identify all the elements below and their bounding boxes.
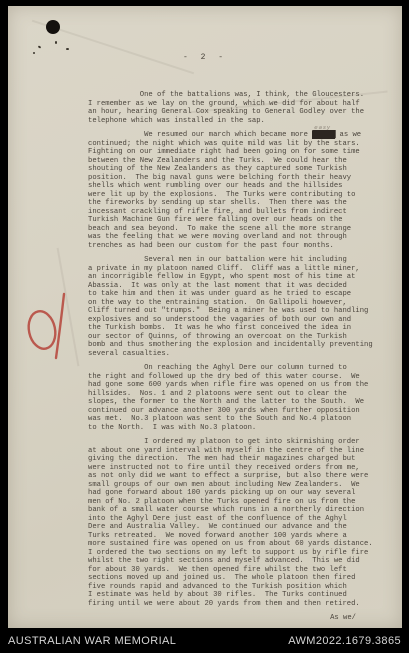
- typewritten-line: small groups of our own men about includ…: [88, 481, 390, 490]
- typewritten-line: explosives and so understood the vagarie…: [88, 316, 390, 325]
- typewritten-line: We resumed our march which became more e…: [88, 131, 390, 140]
- typewritten-line: Abassia. It was only at the last moment …: [88, 282, 390, 291]
- typewritten-line: position. The big naval guns were belchi…: [88, 174, 390, 183]
- typewritten-line: had gone forward about 100 yards picking…: [88, 489, 390, 498]
- typewritten-line: firing until we were about 20 yards from…: [88, 600, 390, 609]
- typewritten-line: between the New Zealanders and the Turks…: [88, 157, 390, 166]
- typewritten-line: continued our advance another 300 yards …: [88, 407, 390, 416]
- typewritten-line: sections moved up and joined us. The who…: [88, 574, 390, 583]
- page-number: - 2 -: [8, 53, 402, 62]
- typewritten-line: bank of a small water course which runs …: [88, 506, 390, 515]
- ink-speck: [66, 48, 69, 50]
- typewritten-line: continued; the night which was quite mil…: [88, 140, 390, 149]
- typewritten-line: Fighting on our immediate right had been…: [88, 148, 390, 157]
- typewritten-line: our sector of Quinns, of throwing an ove…: [88, 333, 390, 342]
- ink-speck: [38, 45, 42, 48]
- typewritten-line: five rounds rapid and advanced to the Tu…: [88, 583, 390, 592]
- typewritten-line: an hour, hearing General Cox speaking to…: [88, 108, 390, 117]
- typewritten-line: more sustained fire was opened on us fro…: [88, 540, 390, 549]
- typewritten-line: an incorrigible fellow in Egypt, who spe…: [88, 273, 390, 282]
- paragraph: One of the battalions was, I think, the …: [88, 91, 390, 125]
- typewritten-line: men of No. 2 platoon when the Turks open…: [88, 498, 390, 507]
- typewritten-line: on the way to the entraining station. On…: [88, 299, 390, 308]
- scanned-page: - 2 - One of the battalions was, I think…: [8, 6, 402, 628]
- paragraph: We resumed our march which became more e…: [88, 131, 390, 250]
- paragraph: Several men in our battalion were hit in…: [88, 256, 390, 358]
- typewritten-line: Turkish Machine Gun fire were falling ov…: [88, 216, 390, 225]
- typewritten-line: hillsides. Nos. 1 and 2 platoons were se…: [88, 390, 390, 399]
- typewritten-line: shouting of the New Zealanders as they c…: [88, 165, 390, 174]
- typewritten-line: One of the battalions was, I think, the …: [88, 91, 390, 100]
- typewritten-line: Several men in our battalion were hit in…: [88, 256, 390, 265]
- typewritten-line: slopes, the former to the North and the …: [88, 398, 390, 407]
- typewritten-line: for about 30 yards. We then opened fire …: [88, 566, 390, 575]
- typewritten-line: were lit up by the explosions. The Turks…: [88, 191, 390, 200]
- typewritten-line: were instructed not to fire until they r…: [88, 464, 390, 473]
- typewritten-line: I remember as we lay on the ground, whic…: [88, 100, 390, 109]
- typewritten-line: Cliff turned out "trumps." Being a miner…: [88, 307, 390, 316]
- archive-reference-number: AWM2022.1679.3865: [288, 635, 401, 647]
- typewritten-line: had gone some 600 yards when rifle fire …: [88, 381, 390, 390]
- paragraph: On reaching the Aghyl Dere our column tu…: [88, 364, 390, 432]
- struck-word-wrap: easy██████: [312, 131, 335, 140]
- typewritten-line: Turks retreated. We moved forward anothe…: [88, 532, 390, 541]
- typewritten-line: Dere and Australia Valley. We continued …: [88, 523, 390, 532]
- typewritten-line: trenches as had been our custom for the …: [88, 242, 390, 251]
- line-text: We resumed our march which became more: [88, 131, 312, 139]
- typewritten-line: at about one yard interval with myself i…: [88, 447, 390, 456]
- line-text: as we: [335, 131, 361, 139]
- typewritten-line: On reaching the Aghyl Dere our column tu…: [88, 364, 390, 373]
- typewritten-line: to the North. I was with No.3 platoon.: [88, 424, 390, 433]
- typewritten-line: beach and sea beyond. To make the scene …: [88, 225, 390, 234]
- typewritten-line: I ordered the two sections on my left to…: [88, 549, 390, 558]
- typewritten-line: I ordered my platoon to get into skirmis…: [88, 438, 390, 447]
- typewritten-line: was the feeling that we were moving over…: [88, 233, 390, 242]
- typewritten-line: several casualties.: [88, 350, 390, 359]
- typewritten-line: giving the direction. The men had their …: [88, 455, 390, 464]
- typewritten-line: I estimate was held by about 30 rifles. …: [88, 591, 390, 600]
- typewritten-line: the right and followed up the dry bed of…: [88, 373, 390, 382]
- archive-footer-bar: AUSTRALIAN WAR MEMORIAL AWM2022.1679.386…: [0, 628, 409, 653]
- typewritten-line: shells which went rumbling over our head…: [88, 182, 390, 191]
- typewritten-line: as not only did we want to effect a surp…: [88, 472, 390, 481]
- archive-institution-label: AUSTRALIAN WAR MEMORIAL: [8, 635, 176, 647]
- screenshot-root: { "document": { "page_number": "- 2 -", …: [0, 0, 409, 653]
- red-pencil-margin-mark-icon: [20, 288, 76, 364]
- typewritten-line: into the Aghyl Dere just east of the con…: [88, 515, 390, 524]
- typewritten-line: whilst the two right sections and myself…: [88, 557, 390, 566]
- ink-blot-icon: [46, 20, 60, 34]
- typewritten-line: the Turkish bombs. It was he who first c…: [88, 324, 390, 333]
- pencil-annotation: easy: [314, 124, 331, 133]
- typewritten-line: telephone which was installed in the sap…: [88, 117, 390, 126]
- typewritten-line: bomb and thus smothering the explosion a…: [88, 341, 390, 350]
- paragraph: I ordered my platoon to get into skirmis…: [88, 438, 390, 608]
- typewritten-line: incessant crackling of rifle fire, and b…: [88, 208, 390, 217]
- catchword: As we/: [88, 614, 390, 623]
- typewritten-line: a private in my platoon named Cliff. Cli…: [88, 265, 390, 274]
- typewritten-line: the fireworks by sending up star shells.…: [88, 199, 390, 208]
- typewritten-line: was met. No.3 platoon was sent to the So…: [88, 415, 390, 424]
- typewritten-text: One of the battalions was, I think, the …: [88, 91, 390, 623]
- ink-speck: [55, 41, 57, 44]
- typewritten-line: to take him and then it was under guard …: [88, 290, 390, 299]
